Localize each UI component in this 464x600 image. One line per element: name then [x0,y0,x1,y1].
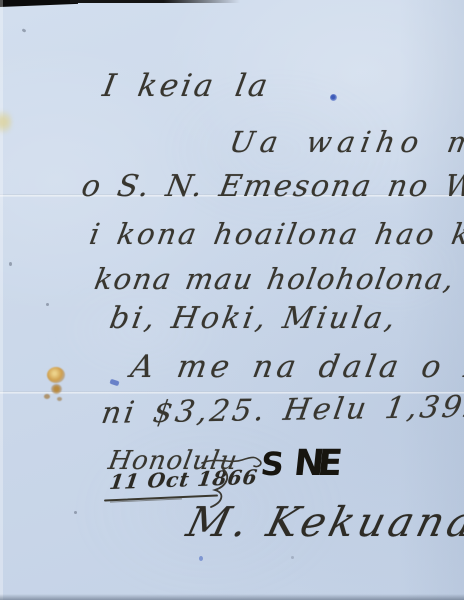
letter-page: I keia la Ua waiho mai o S. N. Emesona n… [0,0,464,600]
paper-speck [74,511,77,514]
foxing-stain [57,397,62,401]
letter-line-4: i kona hoailona hao kuni no [87,217,464,251]
brand-mark: SNE [259,443,345,484]
scan-edge-artifact [70,0,240,3]
brand-letter-s: S [259,445,286,483]
paper-edge-shadow [0,594,464,600]
brand-letters-ne: NE [292,443,345,484]
foxing-stain [51,384,62,394]
paper-edge [0,0,3,600]
paper-speck [46,303,49,306]
foxing-stain [44,394,50,399]
blue-ink-dot [330,94,337,101]
blue-ink-dot [199,556,203,561]
paper-speck [9,262,12,266]
letter-line-6: bi, Hoki, Miula, [107,301,401,336]
signature: M. Kekuanaoa [182,498,464,546]
letter-line-3: o S. N. Emesona no Waialua [79,169,464,204]
letter-line-2: Ua waiho mai [227,125,464,159]
letter-line-5: kona mau holoholona, Lio, Bi [92,262,464,296]
letter-line-8: ni $3,25. Helu 1,392. [99,389,464,431]
letter-line-1: I keia la [100,68,273,104]
foxing-stain [47,367,65,383]
paper-speck [291,556,294,559]
letter-line-7: A me na dala o Ke Aupu [128,349,464,385]
